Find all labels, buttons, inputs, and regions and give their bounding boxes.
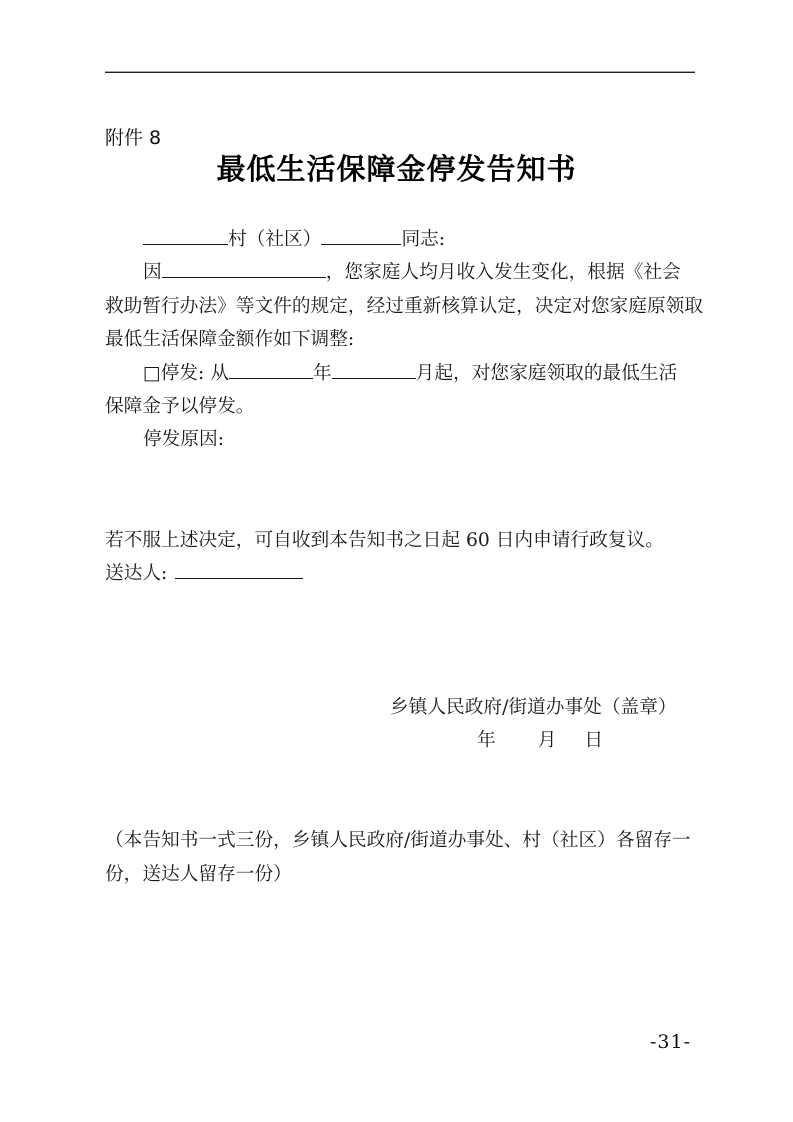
vertical-gap bbox=[105, 457, 695, 524]
blank-field-year bbox=[229, 358, 313, 379]
footnote-line-2: 份，送达人留存一份） bbox=[105, 858, 695, 891]
blank-field-person-name bbox=[321, 224, 401, 245]
deliverer-line: 送达人: bbox=[105, 557, 695, 590]
deliverer-label: 送达人: bbox=[105, 563, 167, 584]
suspend-line-2: 保障金予以停发。 bbox=[105, 390, 695, 423]
reason-suffix: ，您家庭人均月收入发生变化，根据《社会 bbox=[326, 262, 681, 283]
document-title: 最低生活保障金停发告知书 bbox=[0, 149, 793, 189]
header-divider bbox=[105, 71, 695, 73]
stop-reason-label: 停发原因: bbox=[105, 423, 695, 456]
suspend-line-1: □停发: 从年月起，对您家庭领取的最低生活 bbox=[105, 357, 695, 390]
footnote-line-1: （本告知书一式三份，乡镇人民政府/街道办事处、村（社区）各留存一 bbox=[105, 824, 695, 857]
appeal-line: 若不服上述决定，可自收到本告知书之日起 60 日内申请行政复议。 bbox=[105, 524, 695, 557]
blank-field-reason bbox=[162, 257, 326, 278]
reason-prefix: 因 bbox=[143, 262, 162, 283]
reason-line-3: 最低生活保障金额作如下调整: bbox=[105, 323, 695, 356]
date-day-label: 日 bbox=[584, 730, 603, 751]
suspend-label: 停发: 从 bbox=[161, 363, 229, 384]
suspend-checkbox: □ bbox=[143, 363, 161, 384]
attachment-label: 附件 8 bbox=[105, 124, 161, 152]
document-body: 村（社区）同志: 因，您家庭人均月收入发生变化，根据《社会 救助暂行办法》等文件… bbox=[105, 223, 695, 891]
vertical-gap bbox=[105, 757, 695, 824]
date-month-label: 月 bbox=[538, 730, 557, 751]
page-number: -31- bbox=[650, 1028, 691, 1056]
suspend-year-label: 年 bbox=[313, 363, 332, 384]
reason-line-2: 救助暂行办法》等文件的规定，经过重新核算认定，决定对您家庭原领取 bbox=[105, 290, 695, 323]
blank-field-month bbox=[332, 358, 416, 379]
signature-org-line: 乡镇人民政府/街道办事处（盖章） bbox=[105, 691, 695, 724]
vertical-gap bbox=[105, 590, 695, 690]
blank-field-deliverer bbox=[175, 558, 303, 579]
salutation-comrade-text: 同志: bbox=[401, 229, 445, 250]
signature-date-line: 年月日 bbox=[105, 724, 695, 757]
reason-line-1: 因，您家庭人均月收入发生变化，根据《社会 bbox=[105, 256, 695, 289]
salutation-village-text: 村（社区） bbox=[228, 229, 321, 250]
salutation-line: 村（社区）同志: bbox=[105, 223, 695, 256]
suspend-rest-text: 月起，对您家庭领取的最低生活 bbox=[416, 363, 678, 384]
date-year-label: 年 bbox=[477, 730, 496, 751]
document-page: 附件 8 最低生活保障金停发告知书 村（社区）同志: 因，您家庭人均月收入发生变… bbox=[0, 0, 793, 1122]
blank-field-village-name bbox=[143, 224, 228, 245]
